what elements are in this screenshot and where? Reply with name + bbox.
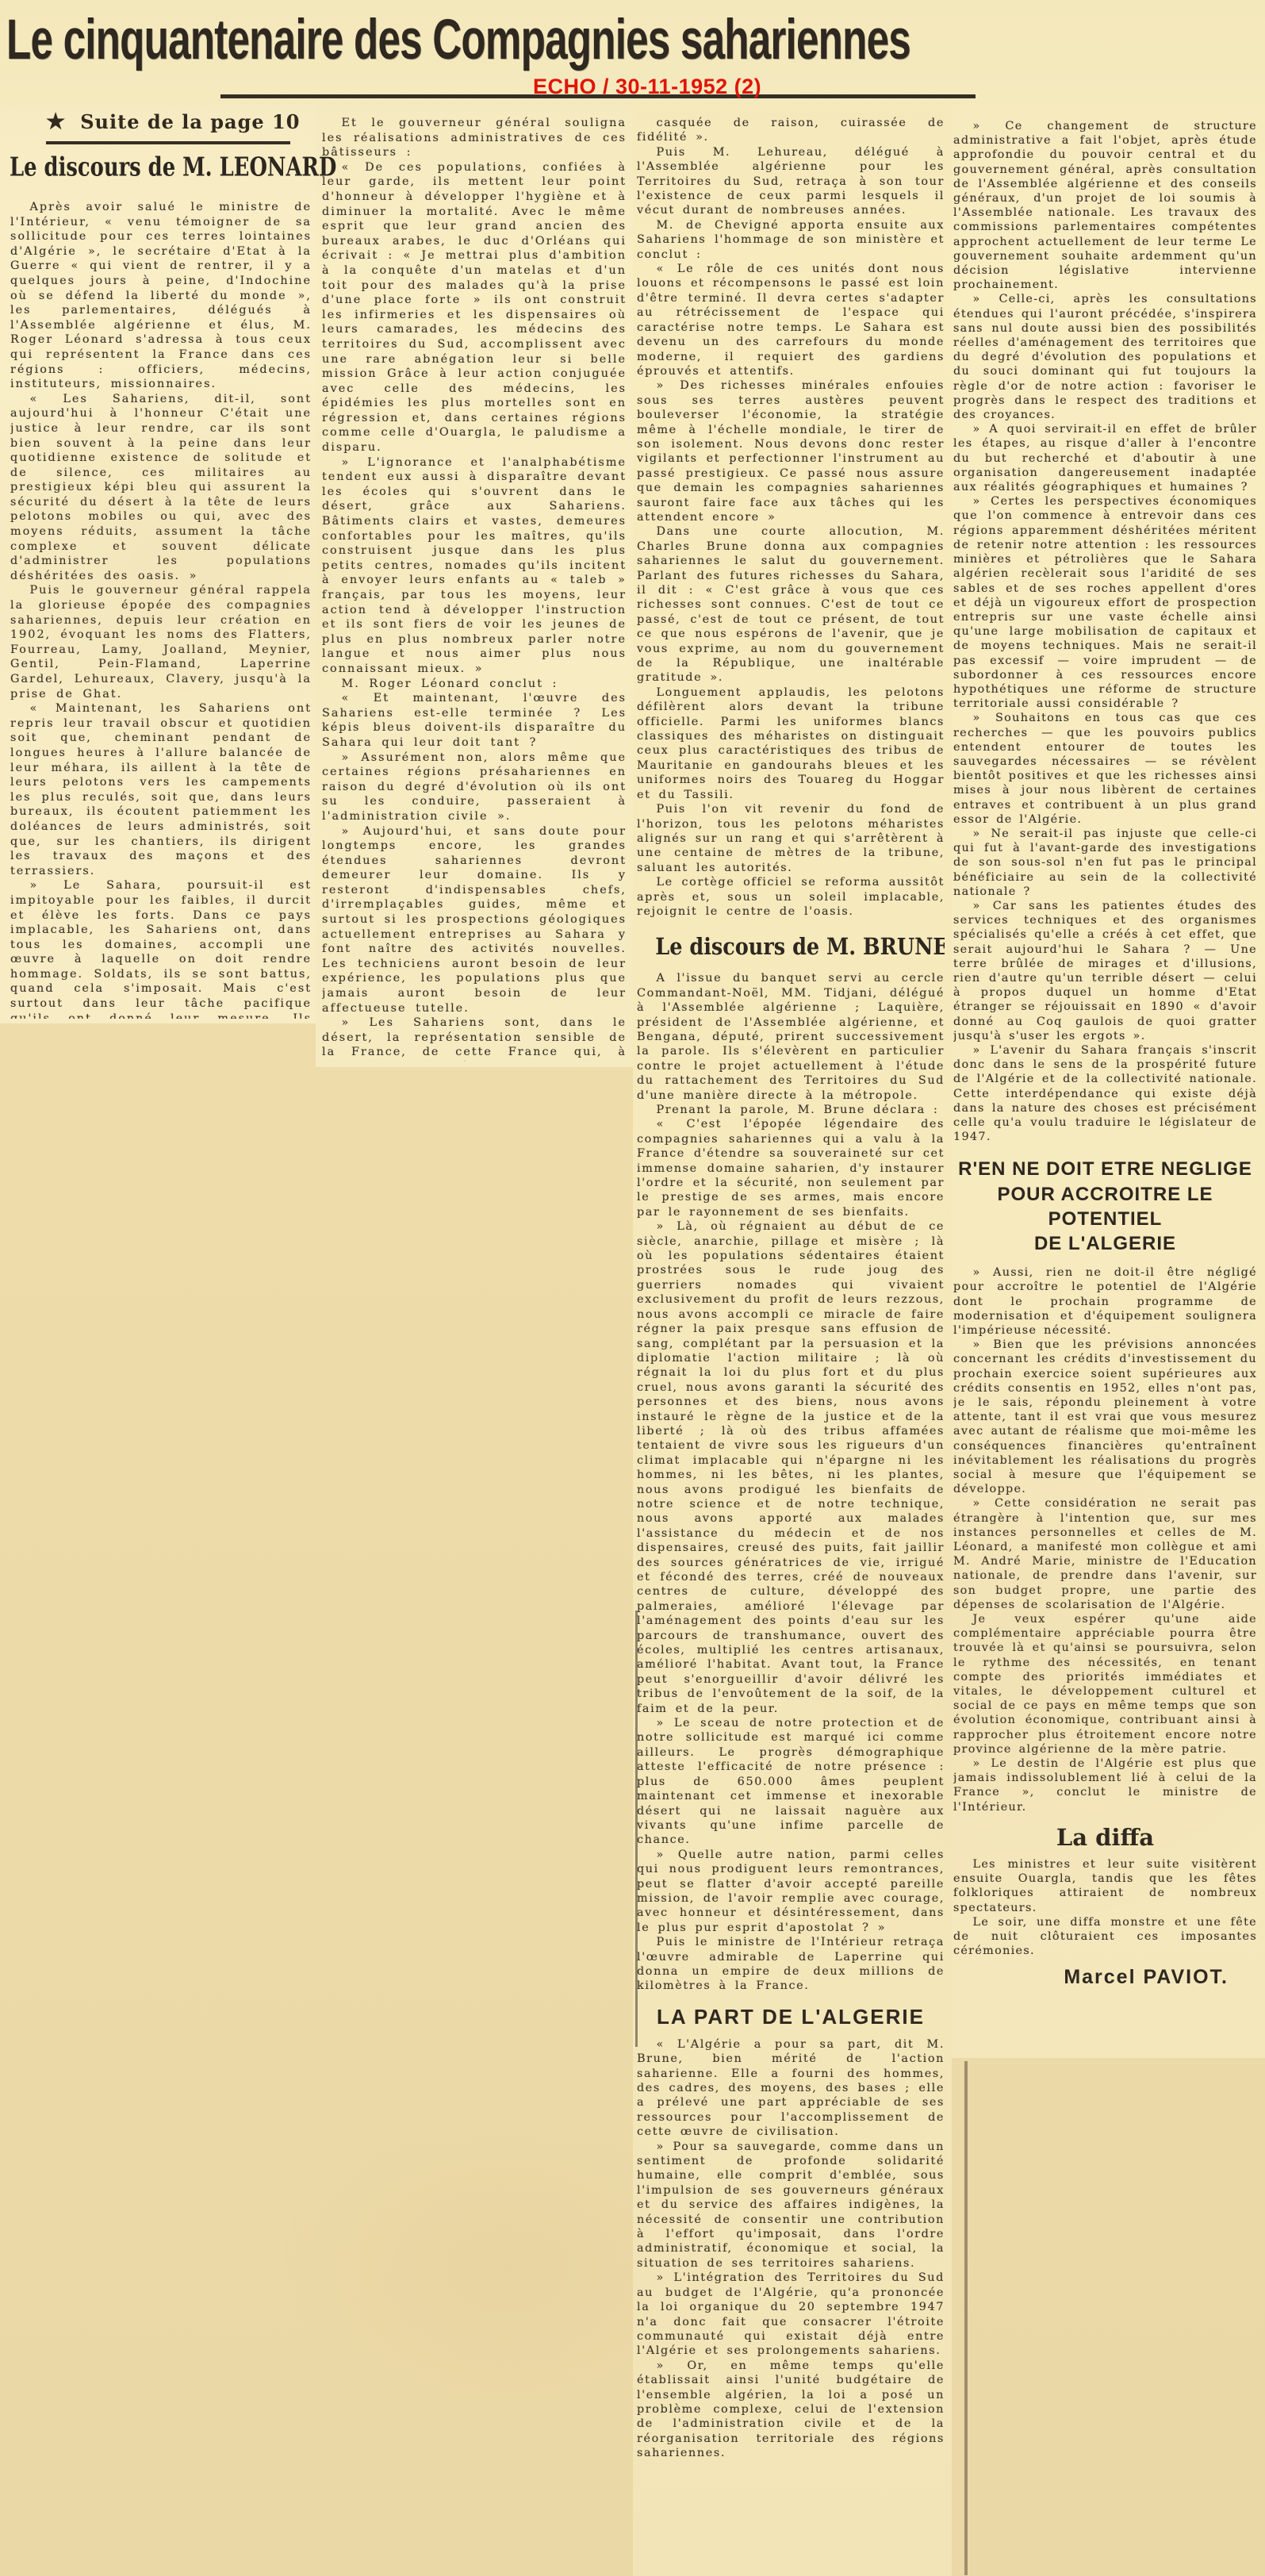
paragraph: » Certes les perspectives économiques qu… bbox=[953, 494, 1257, 711]
paragraph: » Bien que les prévisions annoncées conc… bbox=[953, 1338, 1257, 1496]
paragraph: » Or, en même temps qu'elle établissait … bbox=[637, 2359, 945, 2461]
subheading-rien-ne-doit-etre-neglige: R'EN NE DOIT ETRE NEGLIGEPOUR ACCROITRE … bbox=[953, 1157, 1257, 1256]
star-icon: ★ bbox=[46, 109, 66, 134]
paragraph: » Pour sa sauvegarde, comme dans un sent… bbox=[637, 2140, 945, 2271]
paragraph: Longuement applaudis, les pelotons défil… bbox=[637, 685, 945, 802]
paragraph: casquée de raison, cuirassée de fidélité… bbox=[637, 116, 945, 145]
subheading-line: POUR ACCROITRE LE POTENTIEL bbox=[953, 1182, 1257, 1231]
paragraph: Puis l'on vit revenir du fond de l'horiz… bbox=[637, 802, 945, 875]
paragraph: « C'est l'épopée légendaire des compagni… bbox=[637, 1117, 945, 1219]
paragraph: Prenant la parole, M. Brune déclara : bbox=[637, 1103, 945, 1117]
column-3-body: casquée de raison, cuirassée de fidélité… bbox=[637, 116, 945, 2570]
paragraph: » Le sceau de notre protection et de not… bbox=[637, 1716, 945, 1848]
newspaper-clipping-page: Le cinquantenaire des Compagnies saharie… bbox=[0, 0, 1265, 2576]
column-4-body: » Ce changement de structure administrat… bbox=[953, 119, 1257, 2053]
paragraph: » Aussi, rien ne doit-il être négligé po… bbox=[953, 1265, 1257, 1338]
column-4-top-paragraphs: » Ce changement de structure administrat… bbox=[953, 119, 1257, 1144]
paragraph: » Quelle autre nation, parmi celles qui … bbox=[637, 1848, 945, 1935]
paragraph: » A quoi servirait-il en effet de brûler… bbox=[953, 422, 1257, 494]
paragraph: « Et maintenant, l'œuvre des Sahariens e… bbox=[322, 691, 627, 750]
clipping-edge-line bbox=[635, 1610, 638, 2047]
paragraph: Et le gouverneur général souligna les ré… bbox=[322, 116, 627, 160]
paragraph: » Car sans les patientes études des serv… bbox=[953, 899, 1257, 1043]
paragraph: » Le Sahara, poursuit-il est impitoyable… bbox=[10, 878, 312, 1019]
paragraph: Le cortège officiel se reforma aussitôt … bbox=[637, 875, 945, 919]
paragraph: Le soir, une diffa monstre et une fête d… bbox=[953, 1915, 1257, 1959]
subheading-line: DE L'ALGERIE bbox=[953, 1231, 1257, 1256]
paragraph: » L'avenir du Sahara français s'inscrit … bbox=[953, 1043, 1257, 1144]
paragraph: Les ministres et leur suite visitèrent e… bbox=[953, 1857, 1257, 1915]
paragraph: M. de Chevigné apporta ensuite aux Sahar… bbox=[637, 218, 945, 262]
paragraph: » L'intégration des Territoires du Sud a… bbox=[637, 2271, 945, 2358]
paragraph: » Cette considération ne serait pas étra… bbox=[953, 1496, 1257, 1612]
paragraph: » Aujourd'hui, et sans doute pour longte… bbox=[322, 824, 627, 1016]
paragraph: « L'Algérie a pour sa part, dit M. Brune… bbox=[637, 2037, 945, 2140]
section-heading-brune: Le discours de M. BRUNE bbox=[655, 933, 926, 960]
column-3-top-paragraphs: casquée de raison, cuirassée de fidélité… bbox=[637, 116, 945, 919]
column-3-mid-paragraphs: A l'issue du banquet servi au cercle Com… bbox=[637, 971, 945, 1993]
subheading-la-part-de-l-algerie: LA PART DE L'ALGERIE bbox=[637, 2005, 945, 2029]
paragraph: M. Roger Léonard conclut : bbox=[322, 677, 627, 692]
subheading-line: R'EN NE DOIT ETRE NEGLIGE bbox=[953, 1157, 1257, 1181]
paragraph: Après avoir salué le ministre de l'Intér… bbox=[10, 200, 312, 392]
paragraph: « Les Sahariens, dit-il, sont aujourd'hu… bbox=[10, 392, 312, 584]
paragraph: Puis le gouverneur général rappela la gl… bbox=[10, 583, 312, 701]
paragraph: » Ce changement de structure administrat… bbox=[953, 119, 1257, 292]
paragraph: » Assurément non, alors même que certain… bbox=[322, 751, 627, 824]
paragraph: Puis M. Lehureau, délégué à l'Assemblée … bbox=[637, 145, 945, 218]
paragraph: « Le rôle de ces unités dont nous louons… bbox=[637, 262, 945, 378]
paragraph: » Celle-ci, après les consultations éten… bbox=[953, 292, 1257, 422]
paragraph: » Des richesses minérales enfouies sous … bbox=[637, 378, 945, 524]
paragraph: Je veux espérer qu'une aide complémentai… bbox=[953, 1612, 1257, 1756]
column-2-body: Et le gouverneur général souligna les ré… bbox=[322, 116, 627, 1061]
continuation-text: Suite de la page 10 bbox=[80, 110, 300, 133]
paragraph: A l'issue du banquet servi au cercle Com… bbox=[637, 971, 945, 1103]
paragraph: « De ces populations, confiées à leur ga… bbox=[322, 160, 627, 455]
column-3-bottom-paragraphs: « L'Algérie a pour sa part, dit M. Brune… bbox=[637, 2037, 945, 2461]
column-1-body: Après avoir salué le ministre de l'Intér… bbox=[10, 200, 312, 1019]
article-title-text: Le cinquantenaire des Compagnies saharie… bbox=[6, 6, 910, 72]
archive-date-stamp: ECHO / 30-11-1952 (2) bbox=[533, 75, 761, 99]
subheading-la-diffa: La diffa bbox=[953, 1824, 1257, 1851]
continuation-note: ★Suite de la page 10 bbox=[46, 109, 290, 144]
column-4-mid-paragraphs: » Aussi, rien ne doit-il être négligé po… bbox=[953, 1265, 1257, 1814]
paragraph: » Ne serait-il pas injuste que celle-ci … bbox=[953, 827, 1257, 899]
paragraph: » L'ignorance et l'analphabétisme tenden… bbox=[322, 455, 627, 677]
paragraph: » Les Sahariens sont, dans le désert, la… bbox=[322, 1015, 627, 1061]
section-heading-leonard: Le discours de M. LEONARD bbox=[10, 152, 336, 183]
paragraph: Dans une courte allocution, M. Charles B… bbox=[637, 524, 945, 685]
paragraph: » Souhaitons en tous cas que ces recherc… bbox=[953, 711, 1257, 827]
author-signature: Marcel PAVIOT. bbox=[953, 1966, 1257, 1989]
paragraph: Puis le ministre de l'Intérieur retraça … bbox=[637, 1935, 945, 1994]
paragraph: » Le destin de l'Algérie est plus que ja… bbox=[953, 1756, 1257, 1814]
column-4-bottom-paragraphs: Les ministres et leur suite visitèrent e… bbox=[953, 1857, 1257, 1958]
paragraph: « Maintenant, les Sahariens ont repris l… bbox=[10, 701, 312, 878]
paragraph: » Là, où régnaient au début de ce siècle… bbox=[637, 1219, 945, 1716]
clipping-edge-line bbox=[964, 2061, 968, 2575]
article-title: Le cinquantenaire des Compagnies saharie… bbox=[6, 6, 1259, 65]
